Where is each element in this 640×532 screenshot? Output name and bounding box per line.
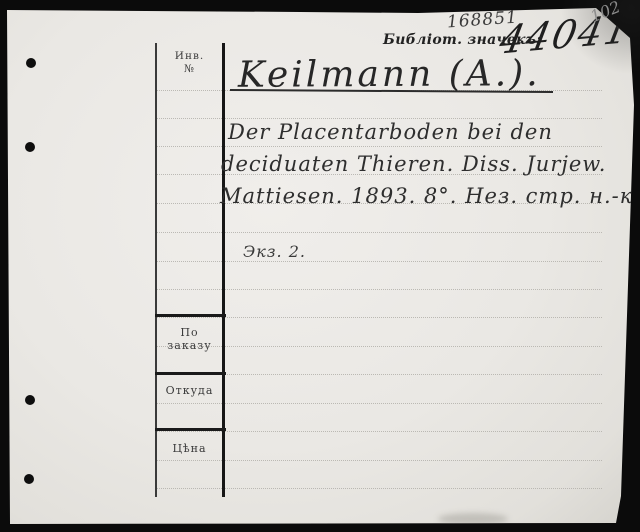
punch-hole — [26, 58, 36, 68]
punch-hole — [25, 395, 35, 405]
punch-hole — [25, 142, 35, 152]
inventory-number-label: Инв. № — [156, 50, 223, 76]
cell-divider — [155, 372, 226, 375]
copy-note: Экз. 2. — [243, 242, 306, 261]
entry-line-2: deciduaten Thieren. Diss. Jurjew. — [221, 152, 606, 176]
entry-line-1: Der Placentarboden bei den — [228, 120, 553, 144]
price-label: Цѣна — [156, 442, 223, 455]
scan-smudge — [438, 513, 508, 525]
cell-divider — [155, 428, 226, 431]
inventory-label-line1: Инв. — [175, 50, 204, 62]
order-label: По заказу — [156, 326, 223, 352]
origin-label: Откуда — [156, 384, 223, 397]
cell-divider — [155, 314, 226, 317]
catalog-card: Инв. № По заказу Откуда Цѣна 168851 Библ… — [0, 0, 640, 532]
scanned-catalog-card-page: Инв. № По заказу Откуда Цѣна 168851 Библ… — [0, 0, 640, 532]
punch-hole — [24, 474, 34, 484]
entry-line-3: Mattiesen. 1893. 8°. Нез. стр. н.-кал. — [220, 184, 640, 208]
inventory-label-line2: № — [184, 63, 195, 75]
